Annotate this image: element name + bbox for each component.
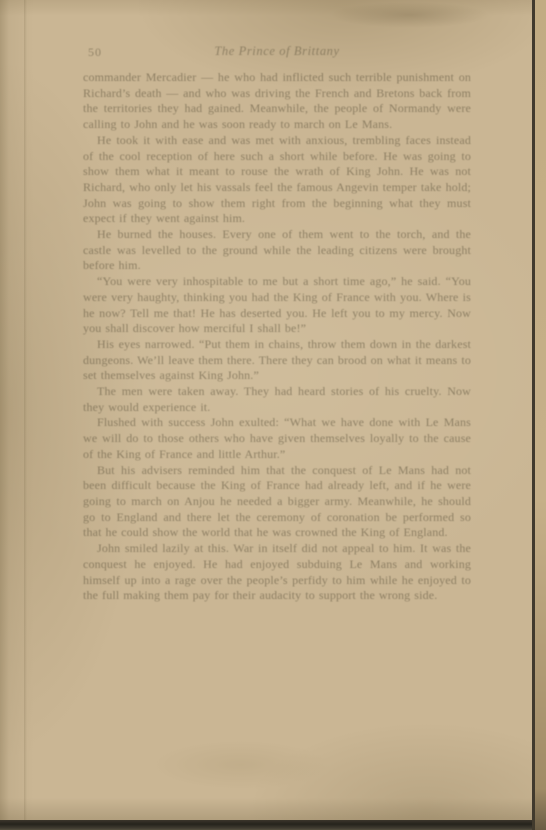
page-edge-strip [532, 0, 546, 830]
paragraph: He burned the houses. Every one of them … [83, 227, 471, 274]
paragraph: “You were very inhospitable to me but a … [83, 274, 471, 337]
paragraph: Flushed with success John exulted: “What… [83, 415, 471, 462]
paragraph: The men were taken away. They had heard … [83, 384, 471, 415]
paragraph: John smiled lazily at this. War in itsel… [83, 541, 471, 604]
print-area: 50 The Prince of Brittany commander Merc… [83, 44, 471, 604]
paragraph: commander Mercadier — he who had inflict… [83, 70, 471, 133]
paragraph: His eyes narrowed. “Put them in chains, … [83, 337, 471, 384]
running-head: The Prince of Brittany [83, 44, 471, 59]
scanned-book-photo: { "page": { "number": "50", "running_hea… [0, 0, 546, 830]
paragraph: But his advisers reminded him that the c… [83, 463, 471, 542]
paragraph: He took it with ease and was met with an… [83, 133, 471, 227]
page-crease [24, 0, 27, 820]
paper-stain [330, 2, 490, 28]
page-number: 50 [88, 45, 102, 60]
page-header: 50 The Prince of Brittany [83, 44, 471, 60]
book-page: 50 The Prince of Brittany commander Merc… [0, 0, 532, 820]
page-text: commander Mercadier — he who had inflict… [83, 70, 471, 604]
paper-stain [150, 740, 330, 790]
